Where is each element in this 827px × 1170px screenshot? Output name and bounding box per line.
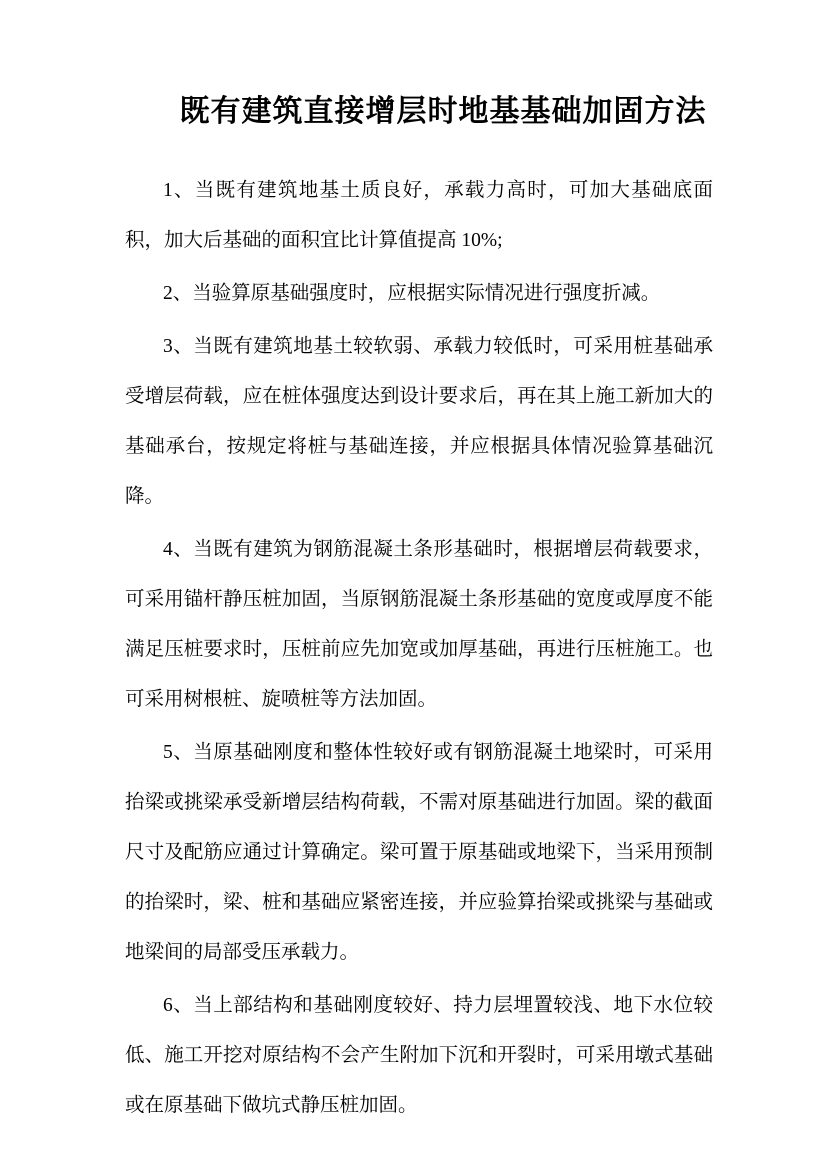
paragraph-6: 6、当上部结构和基础刚度较好、持力层埋置较浅、地下水位较低、施工开挖对原结构不会…	[125, 981, 713, 1131]
paragraph-3: 3、当既有建筑地基土较软弱、承载力较低时，可采用桩基础承受增层荷载，应在桩体强度…	[125, 322, 713, 522]
document-page: 既有建筑直接增层时地基基础加固方法 1、当既有建筑地基土质良好，承载力高时，可加…	[0, 0, 827, 1170]
document-title: 既有建筑直接增层时地基基础加固方法	[125, 88, 713, 136]
paragraph-5: 5、当原基础刚度和整体性较好或有钢筋混凝土地梁时，可采用抬梁或挑梁承受新增层结构…	[125, 728, 713, 978]
paragraph-4: 4、当既有建筑为钢筋混凝土条形基础时，根据增层荷载要求，可采用锚杆静压桩加固，当…	[125, 525, 713, 725]
document-body: 1、当既有建筑地基土质良好，承载力高时，可加大基础底面积，加大后基础的面积宜比计…	[125, 166, 713, 1131]
paragraph-2: 2、当验算原基础强度时，应根据实际情况进行强度折减。	[125, 269, 713, 319]
paragraph-1: 1、当既有建筑地基土质良好，承载力高时，可加大基础底面积，加大后基础的面积宜比计…	[125, 166, 713, 266]
